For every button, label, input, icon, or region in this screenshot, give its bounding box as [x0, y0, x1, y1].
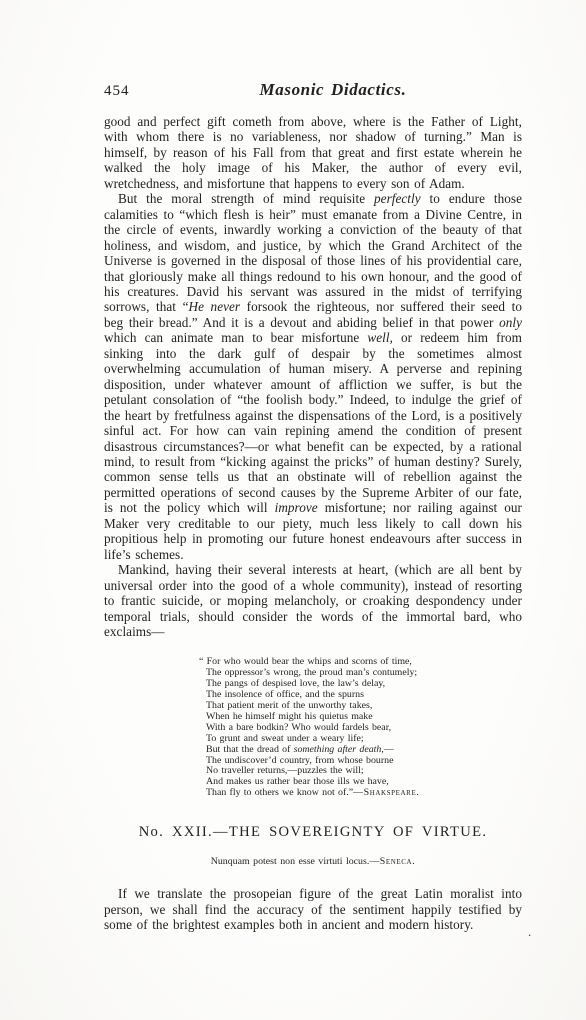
- section-epigraph: Nunquam potest non esse virtuti locus.—S…: [104, 856, 522, 867]
- paragraph: good and perfect gift cometh from above,…: [104, 114, 522, 191]
- page-number: 454: [104, 83, 130, 100]
- stray-mark: .: [528, 924, 531, 940]
- running-title: Masonic Didactics.: [104, 80, 522, 100]
- paragraph: But the moral strength of mind requisite…: [104, 191, 522, 562]
- paragraph: If we translate the prosopeian figure of…: [104, 886, 522, 932]
- book-page: 454 Masonic Didactics. good and perfect …: [0, 0, 586, 1020]
- text-block: 454 Masonic Didactics. good and perfect …: [104, 80, 522, 933]
- poem-quotation: “ For who would bear the whips and scorn…: [206, 657, 522, 799]
- poem-line: Than fly to others we know not of.”—Shak…: [206, 788, 522, 799]
- paragraph: Mankind, having their several interests …: [104, 562, 522, 639]
- section-heading: No. XXII.—THE SOVEREIGNTY OF VIRTUE.: [104, 824, 522, 841]
- page-header: 454 Masonic Didactics.: [104, 80, 522, 102]
